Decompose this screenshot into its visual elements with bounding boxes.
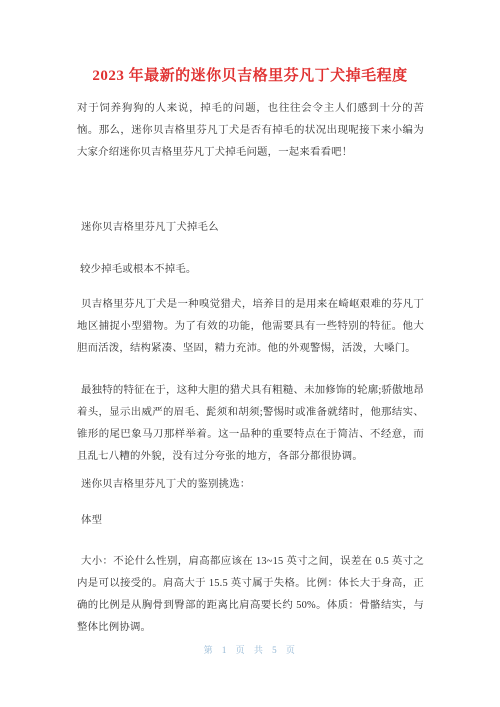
document-page: 2023 年最新的迷你贝吉格里芬凡丁犬掉毛程度 对于饲养狗狗的人来说，掉毛的问题… <box>0 0 500 707</box>
paragraph-shedding-answer: 较少掉毛或根本不掉毛。 <box>77 259 424 281</box>
page-title: 2023 年最新的迷你贝吉格里芬凡丁犬掉毛程度 <box>0 64 500 88</box>
heading-body-type: 体型 <box>77 510 424 532</box>
heading-shedding-question: 迷你贝吉格里芬凡丁犬掉毛么 <box>77 217 424 239</box>
page-number-label: 第 1 页 共 5 页 <box>204 645 297 655</box>
heading-selection: 迷你贝吉格里芬凡丁犬的鉴别挑选： <box>77 474 424 496</box>
paragraph-unique-features: 最独特的特征在于，这种大胆的猎犬具有粗糙、未加修饰的轮廓;骄傲地昂着头，显示出威… <box>77 380 424 468</box>
paragraph-breed-description: 贝吉格里芬凡丁犬是一种嗅觉猎犬，培养目的是用来在崎岖艰难的芬凡丁地区捕捉小型猎物… <box>77 294 424 360</box>
page-footer: 第 1 页 共 5 页 <box>0 644 500 656</box>
paragraph-size-proportion: 大小：不论什么性别，肩高都应该在 13~15 英寸之间，误差在 0.5 英寸之内… <box>77 551 424 639</box>
paragraph-intro: 对于饲养狗狗的人来说，掉毛的问题，也往往会令主人们感到十分的苦恼。那么，迷你贝吉… <box>77 98 424 164</box>
